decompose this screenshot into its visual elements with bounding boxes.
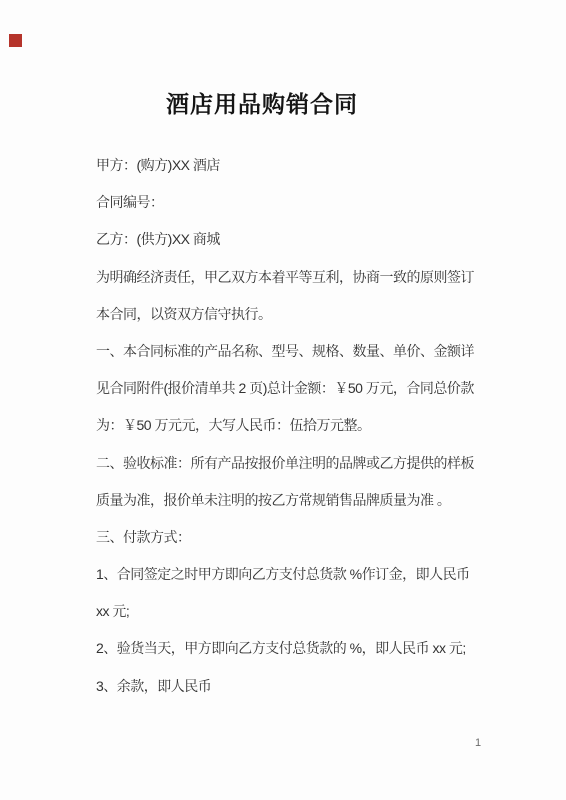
contract-line: 3、余款，即人民币 [96, 668, 480, 705]
document-title: 酒店用品购销合同 [0, 90, 545, 118]
contract-line: 一、本合同标准的产品名称、型号、规格、数量、单价、金额详 [96, 333, 480, 370]
contract-line: 乙方：(供方)XX 商城 [96, 221, 480, 258]
contract-line: 见合同附件(报价清单共 2 页)总计金额：￥50 万元，合同总价款 [96, 370, 480, 407]
document-page: 酒店用品购销合同 甲方：(购方)XX 酒店 合同编号： 乙方：(供方)XX 商城… [0, 0, 566, 800]
contract-line: 合同编号： [96, 184, 480, 221]
contract-line: xx 元; [96, 593, 480, 630]
contract-body: 甲方：(购方)XX 酒店 合同编号： 乙方：(供方)XX 商城 为明确经济责任，… [96, 147, 480, 705]
contract-line: 三、付款方式： [96, 519, 480, 556]
contract-line: 为：￥50 万元元，大写人民币：伍拾万元整。 [96, 407, 480, 444]
contract-line: 甲方：(购方)XX 酒店 [96, 147, 480, 184]
contract-line: 2、验货当天，甲方即向乙方支付总货款的 %，即人民币 xx 元; [96, 630, 480, 667]
contract-line: 1、合同签定之时甲方即向乙方支付总货款 %作订金，即人民币 [96, 556, 480, 593]
contract-line: 本合同，以资双方信守执行。 [96, 296, 480, 333]
red-stamp-icon [9, 34, 22, 47]
page-number: 1 [472, 736, 484, 750]
contract-line: 为明确经济责任，甲乙双方本着平等互利，协商一致的原则签订 [96, 259, 480, 296]
contract-line: 二、验收标准：所有产品按报价单注明的品牌或乙方提供的样板 [96, 445, 480, 482]
contract-line: 质量为准，报价单未注明的按乙方常规销售品牌质量为准 。 [96, 482, 480, 519]
